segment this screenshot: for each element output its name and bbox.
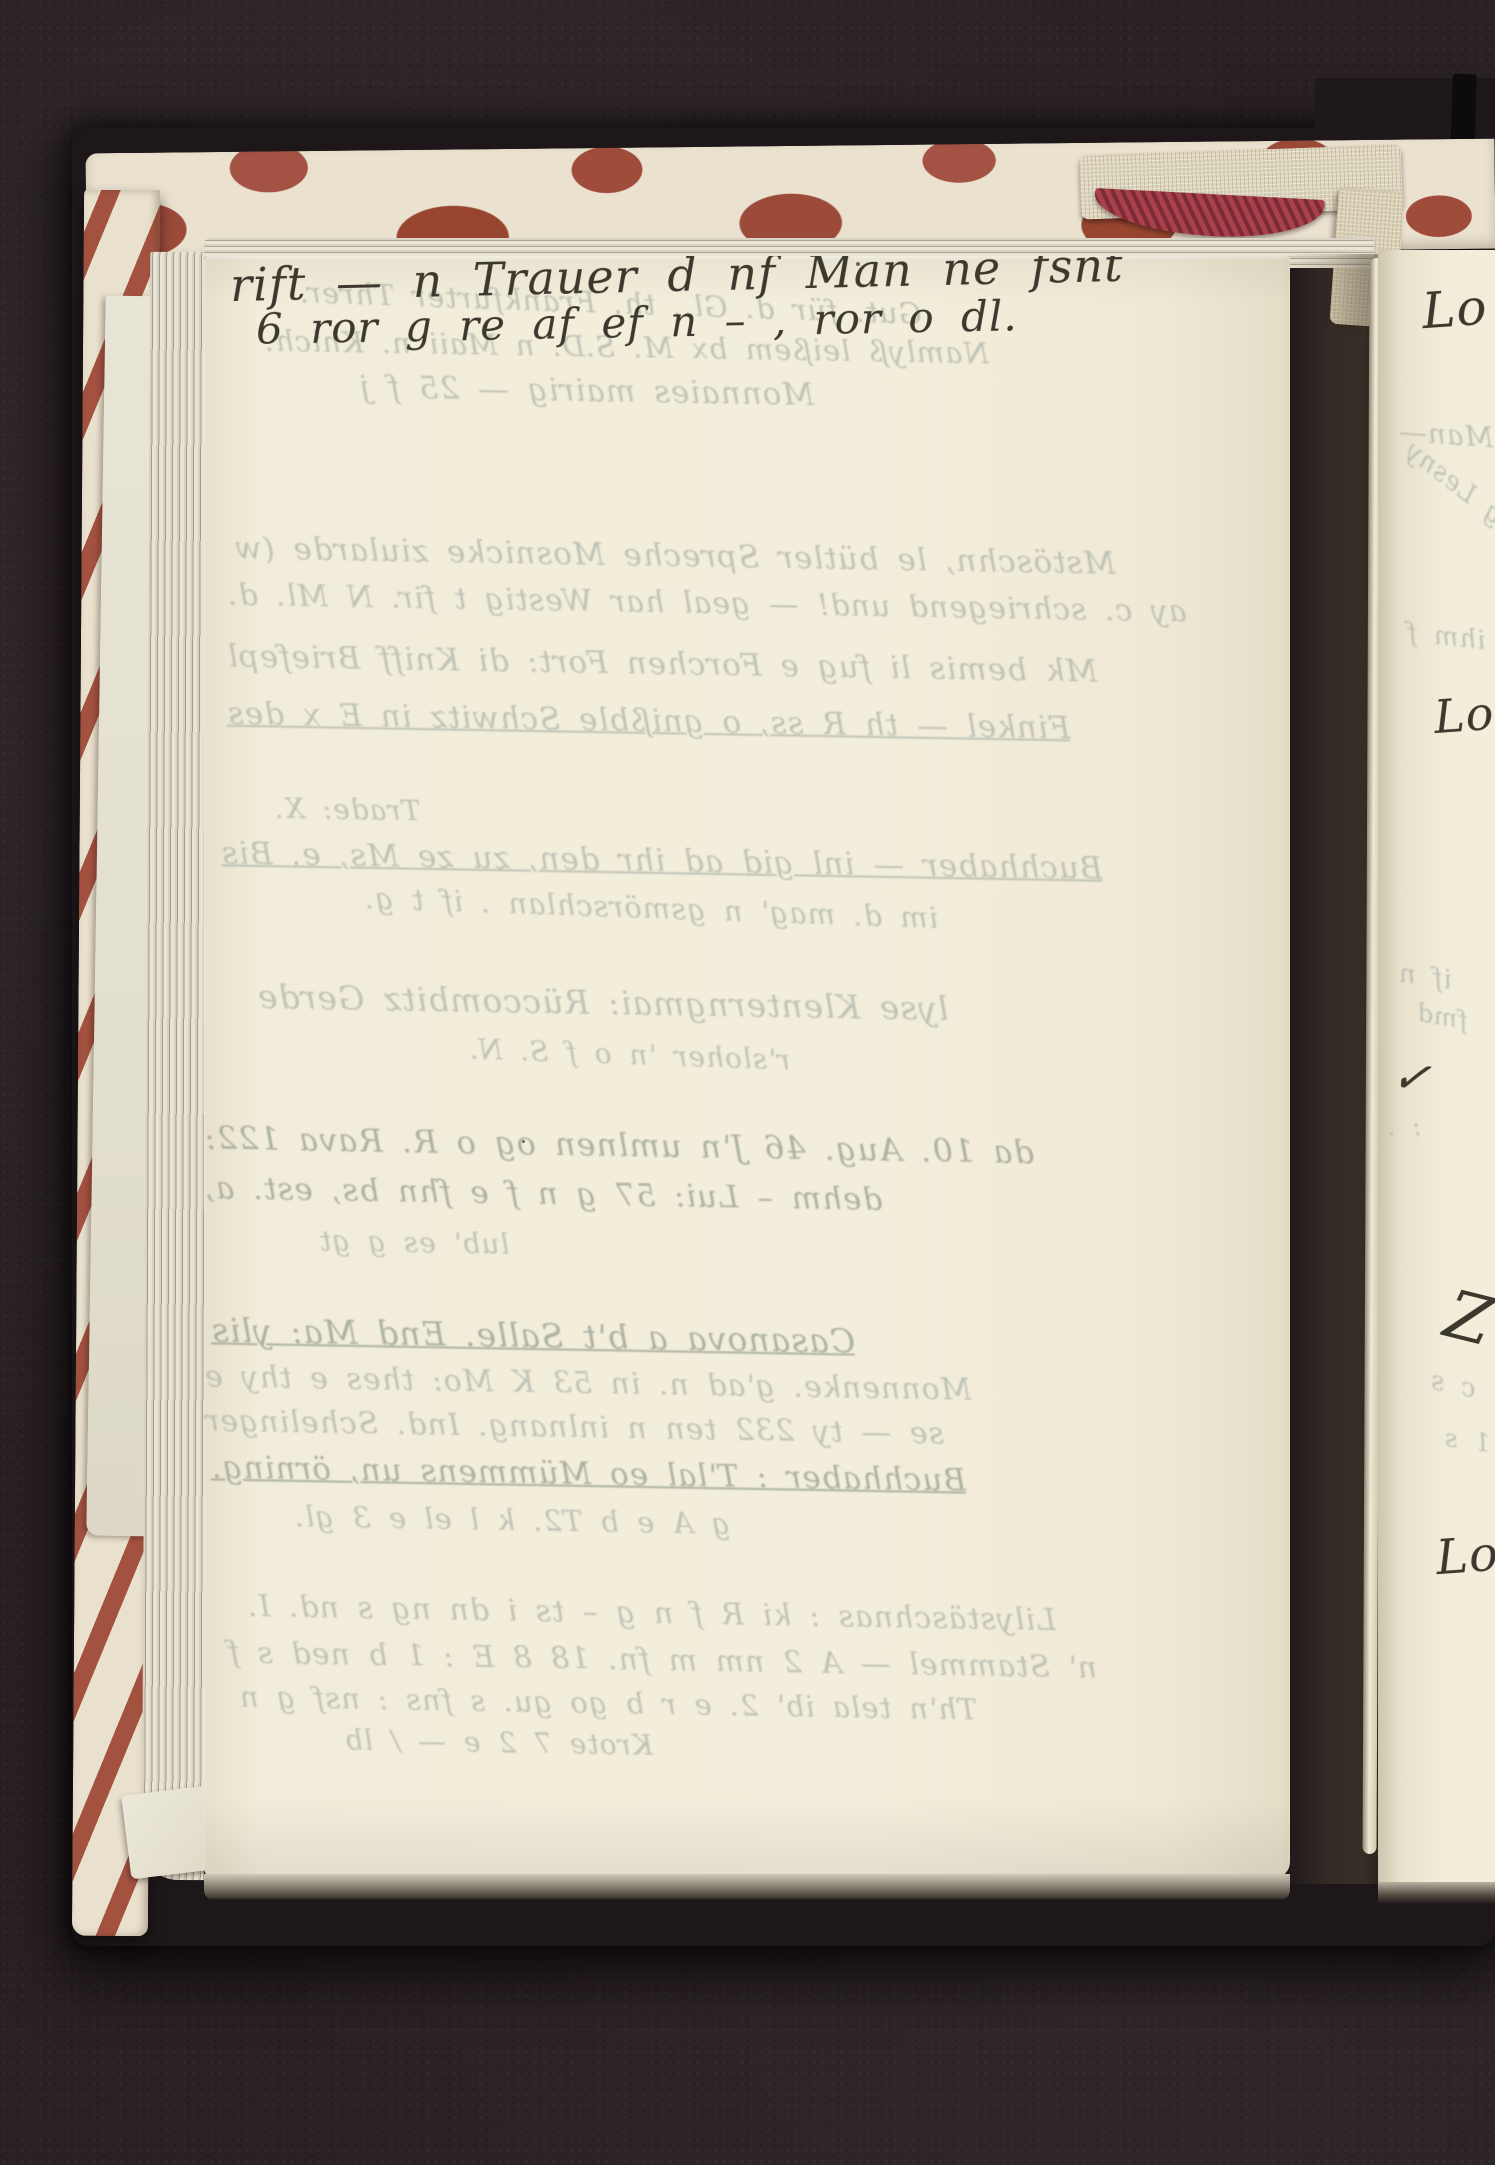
- showthrough-line: im d. mag' n gsmörschlan . if t g.: [364, 881, 939, 935]
- showthrough-line: lyse Klenterngmai: Rüccombitz Gerde: [257, 977, 949, 1028]
- ink-fragment: Lo: [1434, 1526, 1495, 1586]
- showthrough-line: Casanova a b't Salle. End Ma: ylis: [211, 1310, 856, 1360]
- showthrough-line: Trade: X.: [274, 792, 421, 828]
- showthrough-line: Monnaies mairig — 25 f j: [359, 369, 815, 413]
- ink-fragment: Z: [1437, 1275, 1495, 1361]
- showthrough-line: Mk bemis li fug e Forchen Fort: di Kniff…: [227, 638, 1098, 689]
- showthrough-line: Finkel — th R ss, o gnißble Schwitz in E…: [227, 696, 1071, 747]
- showthrough-line: r'sloher 'n o f S. N.: [469, 1032, 791, 1076]
- ink-fragment: Lo: [1432, 686, 1495, 744]
- ink-speck: [856, 262, 860, 266]
- photo-backdrop: { "scene": { "description": "Photograph …: [0, 0, 1495, 2165]
- left-page: Gut. für d. Gl., th. Frankfurter Threr.N…: [204, 256, 1290, 1878]
- showthrough-line: Mstöschn, le bütler Spreche Mosnicke ziu…: [234, 530, 1116, 581]
- showthrough-fragment: fmd: [1414, 998, 1470, 1036]
- showthrough-fragment: ihm f: [1405, 618, 1487, 656]
- showthrough-line: Buchhaber — inl gid ad ihr den, zu ze Ms…: [221, 835, 1103, 886]
- showthrough-line: Buchhaber : T'lal eo Mümmens un, örning.: [211, 1449, 967, 1498]
- showthrough-line: da 10. Aug. 46 J'n umlnen og o R. Rava 1…: [204, 1119, 1034, 1171]
- showthrough-line: ay c. schriegend und! — geal har Westig …: [227, 578, 1187, 630]
- right-page-bottom-edge: [1378, 1882, 1495, 1904]
- ink-fragment: Lo: [1420, 278, 1489, 340]
- page-stack-left-edge: [142, 252, 213, 1880]
- right-page-sliver: Man—g Lesnyihm fif nfmd: .c s1 sLoLo✓ZLo: [1378, 250, 1495, 1890]
- showthrough-line: se — ty 232 ten n inlnang. Ind. Scheling…: [204, 1404, 944, 1452]
- showthrough-line: n' Stammel — A 2 nm m fn. 18 8 E : 1 b n…: [227, 1635, 1098, 1685]
- showthrough-fragment: if n: [1396, 958, 1454, 995]
- showthrough-fragment: c s: [1427, 1366, 1478, 1405]
- showthrough-line: Th'n tela ib' 2. e r b go gu. s fns : ns…: [239, 1680, 978, 1727]
- showthrough-line: Lilystäschnas : ki R f n g – ts i dn ng …: [247, 1589, 1057, 1638]
- showthrough-fragment: : .: [1386, 1112, 1421, 1142]
- showthrough-line: Krote 7 2 e — / lb: [344, 1723, 653, 1761]
- showthrough-line: lub' es g gt: [319, 1224, 510, 1260]
- left-page-bottom-edge: [204, 1874, 1290, 1900]
- ink-fragment: ✓: [1388, 1048, 1435, 1107]
- ink-speck: [522, 1140, 525, 1143]
- showthrough-line: g A e b T2. k l el e 3 gl.: [294, 1499, 731, 1541]
- showthrough-line: Monnenke. g'ad n. in 53 K Mo: thes e thy…: [204, 1359, 972, 1407]
- showthrough-fragment: 1 s: [1442, 1423, 1492, 1458]
- showthrough-line: dehm – Lui: 57 g n f e fhn bs, est. a,: [204, 1170, 883, 1218]
